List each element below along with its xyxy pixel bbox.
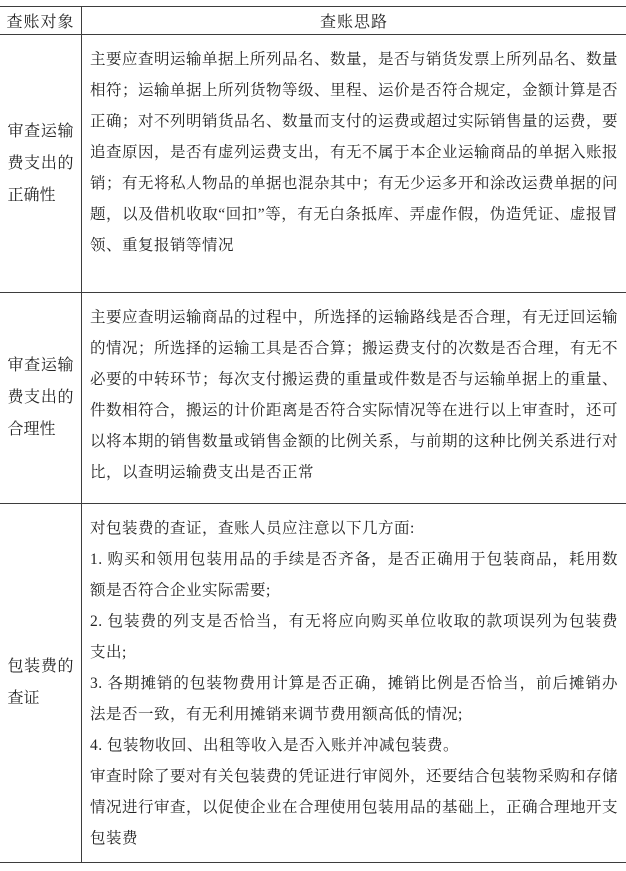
object-cell: 审查运输费支出的合理性 [0,293,82,503]
audit-table: 查账对象 查账思路 审查运输费支出的正确性 主要应查明运输单据上所列品名、数量，… [0,6,626,863]
approach-paragraph: 主要应查明运输商品的过程中，所选择的运输路线是否合理，有无迂回运输的情况；所选择… [90,302,618,488]
approach-paragraph: 审查时除了要对有关包装费的凭证进行审阅外，还要结合包装物采购和存储情况进行审查，… [90,761,618,854]
object-label: 审查运输费支出的合理性 [8,350,74,446]
approach-cell: 主要应查明运输商品的过程中，所选择的运输路线是否合理，有无迂回运输的情况；所选择… [82,293,626,503]
approach-cell: 主要应查明运输单据上所列品名、数量，是否与销货发票上所列品名、数量相符；运输单据… [82,35,626,292]
approach-paragraph: 1. 购买和领用包装用品的手续是否齐备，是否正确用于包装商品，耗用数额是否符合企… [90,544,618,606]
table-row-transport-correctness: 审查运输费支出的正确性 主要应查明运输单据上所列品名、数量，是否与销货发票上所列… [0,35,626,293]
approach-paragraph: 4. 包装物收回、出租等收入是否入账并冲减包装费。 [90,730,618,761]
column-header-object: 查账对象 [0,7,82,34]
column-header-object-label: 查账对象 [6,9,74,32]
approach-paragraph: 3. 各期摊销的包装物费用计算是否正确，摊销比例是否恰当，前后摊销办法是否一致，… [90,668,618,730]
approach-paragraph: 主要应查明运输单据上所列品名、数量，是否与销货发票上所列品名、数量相符；运输单据… [90,44,618,261]
table-row-transport-reasonableness: 审查运输费支出的合理性 主要应查明运输商品的过程中，所选择的运输路线是否合理，有… [0,293,626,504]
object-label: 包装费的查证 [8,651,74,715]
table-row-packaging-verification: 包装费的查证 对包装费的查证，查账人员应注意以下几方面:1. 购买和领用包装用品… [0,504,626,862]
column-header-approach: 查账思路 [82,7,626,34]
object-label: 审查运输费支出的正确性 [8,116,74,212]
column-header-approach-label: 查账思路 [320,9,388,32]
approach-cell: 对包装费的查证，查账人员应注意以下几方面:1. 购买和领用包装用品的手续是否齐备… [82,504,626,862]
object-cell: 包装费的查证 [0,504,82,862]
approach-paragraph: 2. 包装费的列支是否恰当，有无将应向购买单位收取的款项误列为包装费支出; [90,606,618,668]
object-cell: 审查运输费支出的正确性 [0,35,82,292]
table-header-row: 查账对象 查账思路 [0,7,626,35]
approach-paragraph: 对包装费的查证，查账人员应注意以下几方面: [90,513,618,544]
